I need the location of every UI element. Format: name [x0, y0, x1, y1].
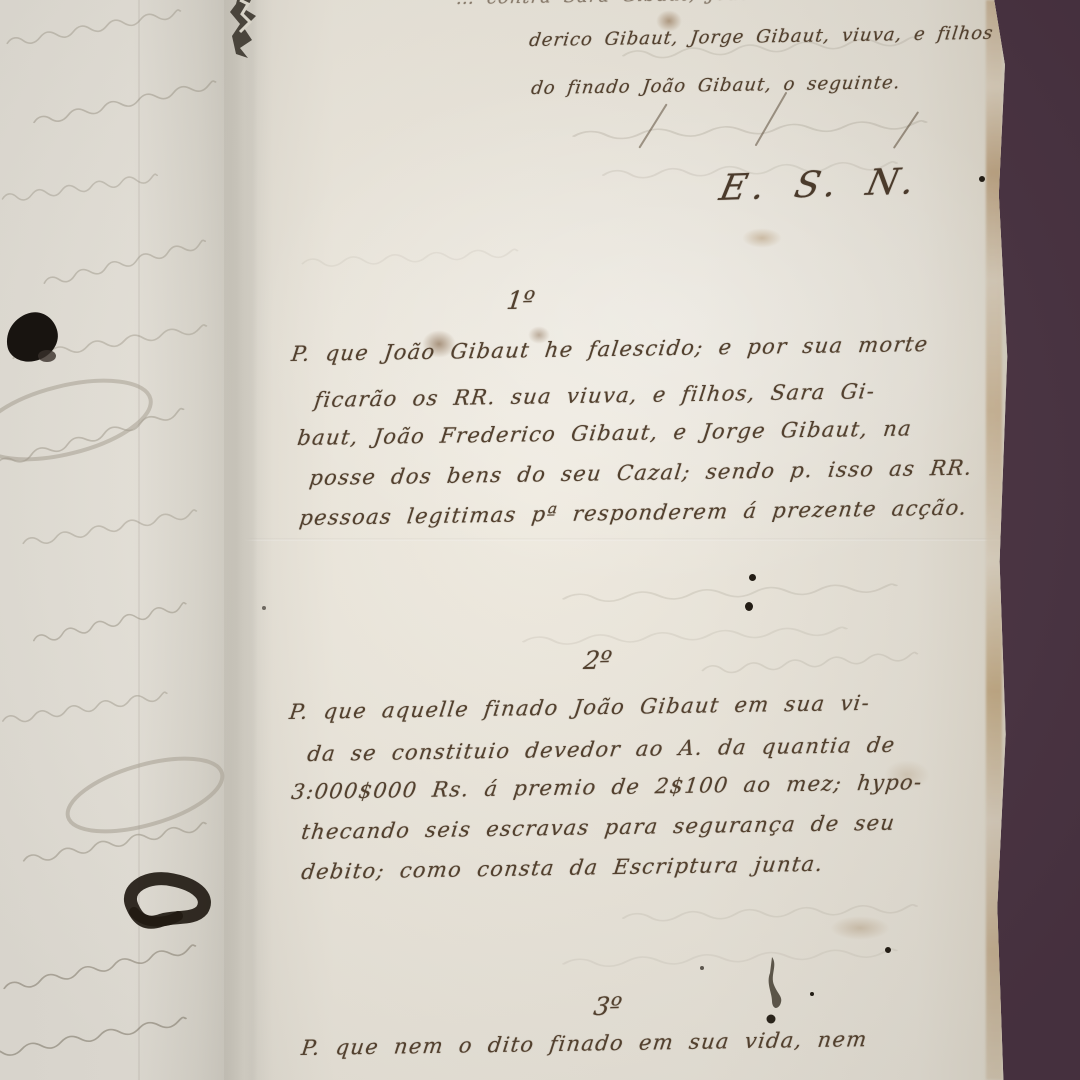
ink-speck: [979, 176, 985, 182]
bleedthrough-script: [0, 687, 170, 729]
ink-speck: [749, 574, 756, 581]
left-page: [0, 0, 242, 1080]
section-3-number: 3º: [592, 992, 623, 1021]
ink-blot: [38, 350, 56, 362]
bleedthrough-loop: [55, 740, 235, 850]
bleedthrough-script: [4, 4, 184, 51]
photo-of-manuscript: … contra Sara Gibaut, João Fre- derico G…: [0, 0, 1080, 1080]
ink-speck: [810, 992, 814, 996]
ink-speck: [745, 602, 753, 611]
bleedthrough-loop: [0, 360, 170, 480]
ink-speck: [885, 947, 891, 953]
torn-paper-mark: [222, 0, 264, 68]
section-1-number: 1º: [505, 286, 536, 315]
bleedthrough-script: [30, 75, 219, 130]
bleedthrough-script: [0, 1012, 190, 1064]
ink-blot: [118, 868, 218, 948]
ink-speck: [700, 966, 704, 970]
bleedthrough-script: [20, 817, 210, 869]
ink-speck: [262, 606, 266, 610]
annotation-esn: E. S. N.: [716, 161, 924, 209]
bleedthrough-script: [0, 403, 188, 474]
section-2-number: 2º: [582, 646, 613, 675]
bleedthrough-script: [30, 597, 189, 649]
bleedthrough-script: [41, 235, 210, 292]
page-fold-crease: [224, 0, 258, 1080]
bleedthrough-script: [20, 504, 200, 551]
bleedthrough-script: [0, 169, 160, 207]
ink-smear: [758, 955, 788, 1030]
